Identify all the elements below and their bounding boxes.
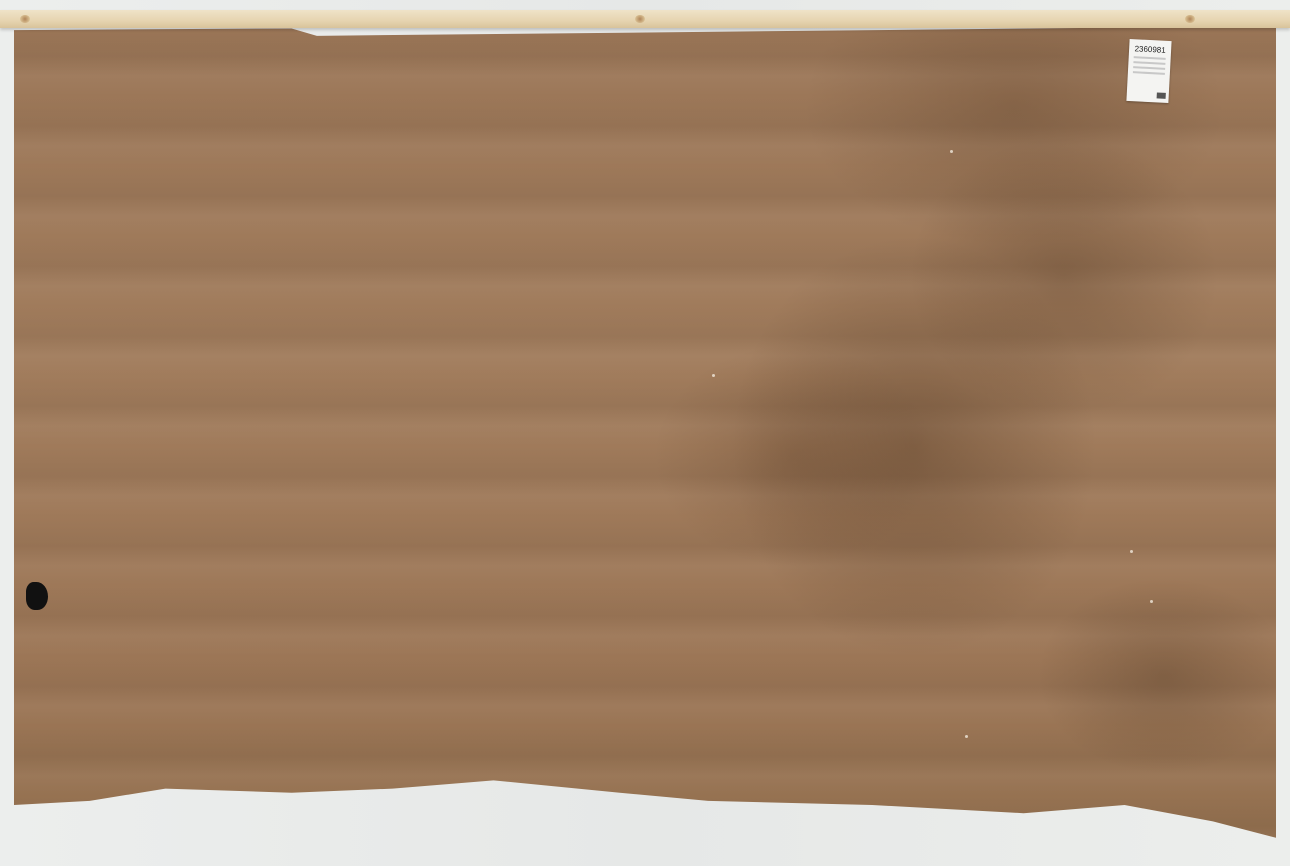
label-id: 2360981	[1131, 44, 1169, 55]
inventory-label: 2360981	[1126, 39, 1171, 103]
paint-fleck	[950, 150, 953, 153]
label-text-line	[1133, 71, 1165, 75]
dark-stain	[26, 582, 48, 610]
brown-paper-sheet	[14, 26, 1276, 846]
label-text-line	[1134, 56, 1166, 60]
wooden-batten	[0, 10, 1290, 28]
wood-knot	[635, 15, 645, 23]
qr-code-icon	[1157, 92, 1166, 98]
paint-fleck	[712, 374, 715, 377]
wood-knot	[1185, 15, 1195, 23]
label-text-line	[1133, 61, 1165, 65]
paint-fleck	[965, 735, 968, 738]
wood-knot	[20, 15, 30, 23]
label-text-line	[1133, 66, 1165, 70]
paint-fleck	[1150, 600, 1153, 603]
paint-fleck	[1130, 550, 1133, 553]
